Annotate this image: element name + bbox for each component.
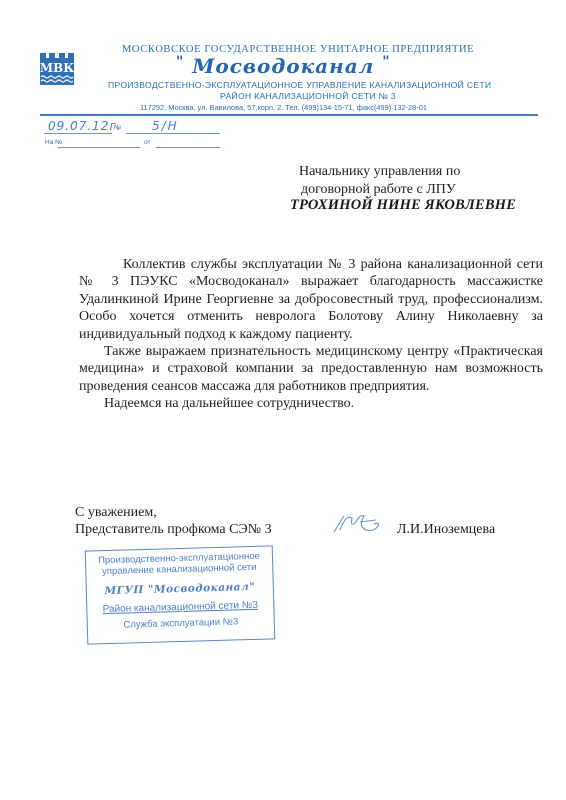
from-label: от <box>144 139 150 146</box>
from-underline <box>156 147 220 148</box>
addressee-line-1: Начальнику управления по <box>299 163 460 181</box>
brand-text: Мосводоканал <box>192 54 374 78</box>
signer-name: Л.И.Иноземцева <box>397 522 495 538</box>
division-name: ПРОИЗВОДСТВЕННО-ЭКСПЛУАТАЦИОННОЕ УПРАВЛЕ… <box>108 80 491 90</box>
brand-quote-open: " <box>176 54 184 70</box>
addressee-name: ТРОХИНОЙ НИНЕ ЯКОВЛЕВНЕ <box>290 197 516 214</box>
organization-stamp: Производственно-эксплуатационное управле… <box>85 545 276 644</box>
outgoing-date: 09.07.12г. <box>48 119 122 133</box>
stamp-line-3: МГУП "Мосводоканал" <box>87 580 273 597</box>
brand-quote-close: " <box>382 54 390 70</box>
body-paragraph-1: Коллектив службы эксплуатации № 3 района… <box>79 256 543 343</box>
closing-phrase: С уважением, <box>75 504 157 522</box>
svg-text:МВК: МВК <box>40 61 74 75</box>
handwritten-signature <box>330 508 390 538</box>
stamp-line-4: Район канализационной сети №3 <box>87 599 273 615</box>
brand-name: " Мосводоканал " <box>176 54 391 78</box>
number-label: № <box>114 124 121 131</box>
number-underline <box>126 133 220 134</box>
signature-icon <box>330 508 390 538</box>
body-paragraph-3: Надеемся на дальнейшее сотрудничество. <box>79 395 543 412</box>
reply-to-label: На № <box>45 139 62 146</box>
outgoing-number: 5/Н <box>152 119 179 133</box>
header-divider <box>40 114 538 116</box>
stamp-line-5: Служба эксплуатации №3 <box>88 615 274 631</box>
mvk-logo-icon: МВК <box>38 52 76 86</box>
reply-to-underline <box>58 147 140 148</box>
org-address: 117292, Москва, ул. Вавилова, 57,корп. 2… <box>140 103 427 112</box>
addressee-position: Начальнику управления по договорной рабо… <box>299 163 460 199</box>
outgoing-reg-row: 09.07.12г. № 5/Н <box>40 119 220 135</box>
district-name: РАЙОН КАНАЛИЗАЦИОННОЙ СЕТИ № 3 <box>220 91 396 101</box>
letter-body: Коллектив службы эксплуатации № 3 района… <box>79 256 543 413</box>
date-underline <box>44 133 112 134</box>
mvk-logo: МВК <box>38 52 76 86</box>
body-paragraph-2: Также выражаем признательность медицинск… <box>79 343 543 395</box>
reply-reg-row: На № от <box>40 138 220 150</box>
representative-title: Представитель профкома СЭ№ 3 <box>75 522 272 538</box>
